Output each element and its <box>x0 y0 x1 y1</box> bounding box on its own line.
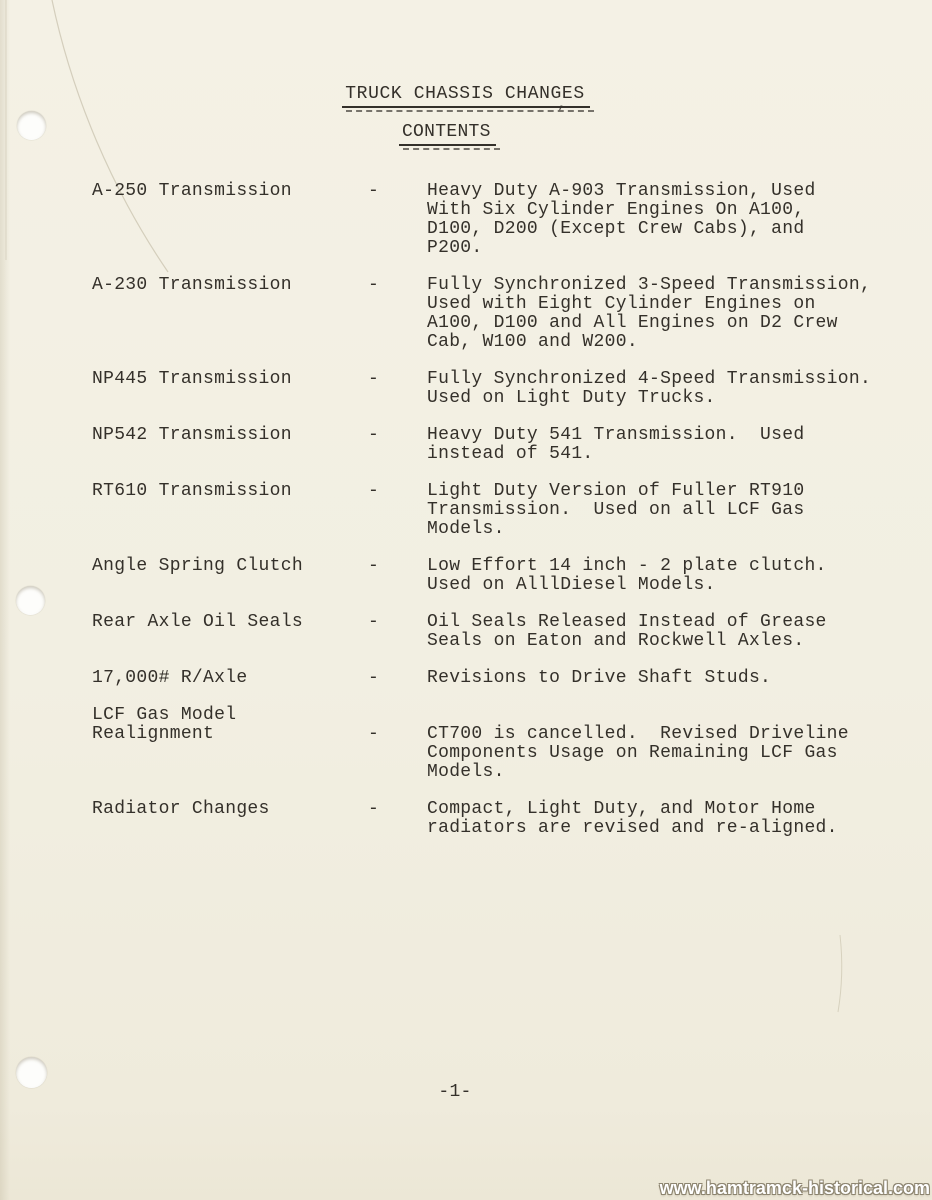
entry-description-line: A100, D100 and All Engines on D2 Crew <box>427 314 878 333</box>
entry-term: A-230 Transmission <box>92 276 368 295</box>
entry-description-line: With Six Cylinder Engines On A100, <box>427 201 878 220</box>
entry-description-line: Used on AlllDiesel Models. <box>427 576 878 595</box>
contents-entry: LCF Gas ModelRealignment-CT700 is cancel… <box>92 706 878 782</box>
entry-description: Light Duty Version of Fuller RT910Transm… <box>427 482 878 539</box>
entry-description-line: Revisions to Drive Shaft Studs. <box>427 669 878 688</box>
contents-entry: Angle Spring Clutch-Low Effort 14 inch -… <box>92 557 878 595</box>
entry-description: Revisions to Drive Shaft Studs. <box>427 669 878 688</box>
entry-term-line: Radiator Changes <box>92 800 368 819</box>
entry-description: Heavy Duty 541 Transmission. Usedinstead… <box>427 426 878 464</box>
contents-heading: CONTENTS <box>0 123 895 146</box>
entry-separator-dash: - <box>368 669 427 688</box>
entry-term-line: A-230 Transmission <box>92 276 368 295</box>
entry-term: NP445 Transmission <box>92 370 368 389</box>
entry-term: Rear Axle Oil Seals <box>92 613 368 632</box>
entry-description-line: Used with Eight Cylinder Engines on <box>427 295 878 314</box>
contents-entry: 17,000# R/Axle-Revisions to Drive Shaft … <box>92 669 878 688</box>
entry-description-line: Low Effort 14 inch - 2 plate clutch. <box>427 557 878 576</box>
entry-description-line: instead of 541. <box>427 445 878 464</box>
entry-description-line: Transmission. Used on all LCF Gas <box>427 501 878 520</box>
contents-entry: NP542 Transmission-Heavy Duty 541 Transm… <box>92 426 878 464</box>
entry-description-line: Cab, W100 and W200. <box>427 333 878 352</box>
entry-term-line: Angle Spring Clutch <box>92 557 368 576</box>
entry-description-line: Light Duty Version of Fuller RT910 <box>427 482 878 501</box>
entry-description-line: Fully Synchronized 3-Speed Transmission, <box>427 276 878 295</box>
entry-description: Fully Synchronized 3-Speed Transmission,… <box>427 276 878 352</box>
entry-term-line: LCF Gas Model <box>92 706 368 725</box>
contents-list: A-250 Transmission-Heavy Duty A-903 Tran… <box>92 182 878 838</box>
entry-separator-dash: - <box>368 557 427 576</box>
entry-description-line: D100, D200 (Except Crew Cabs), and <box>427 220 878 239</box>
entry-separator-dash: - <box>368 613 427 632</box>
entry-description: CT700 is cancelled. Revised DrivelineCom… <box>427 725 878 782</box>
punch-hole-middle <box>16 586 45 615</box>
entry-description: Low Effort 14 inch - 2 plate clutch.Used… <box>427 557 878 595</box>
entry-separator-dash: - <box>368 182 427 201</box>
entry-description-line: Compact, Light Duty, and Motor Home <box>427 800 878 819</box>
page-title-text: TRUCK CHASSIS CHANGES <box>342 85 589 108</box>
watermark: www.hamtramck-historical.com <box>660 1177 930 1199</box>
contents-entry: Radiator Changes-Compact, Light Duty, an… <box>92 800 878 838</box>
document-page: TRUCK CHASSIS CHANGES ’ CONTENTS A-250 T… <box>0 0 932 1200</box>
entry-separator-dash: - <box>368 276 427 295</box>
entry-description-line: CT700 is cancelled. Revised Driveline <box>427 725 878 744</box>
entry-description-line: P200. <box>427 239 878 258</box>
contents-entry: NP445 Transmission-Fully Synchronized 4-… <box>92 370 878 408</box>
entry-term: Radiator Changes <box>92 800 368 819</box>
entry-term-line: RT610 Transmission <box>92 482 368 501</box>
entry-description-line: Heavy Duty A-903 Transmission, Used <box>427 182 878 201</box>
entry-description-line: Oil Seals Released Instead of Grease <box>427 613 878 632</box>
contents-heading-text: CONTENTS <box>399 123 496 146</box>
entry-description-line: radiators are revised and re-aligned. <box>427 819 878 838</box>
entry-separator-dash: - <box>368 800 427 819</box>
entry-description: Oil Seals Released Instead of GreaseSeal… <box>427 613 878 651</box>
entry-term: Angle Spring Clutch <box>92 557 368 576</box>
page-title: TRUCK CHASSIS CHANGES <box>0 85 932 108</box>
entry-term: 17,000# R/Axle <box>92 669 368 688</box>
entry-separator-dash: - <box>368 370 427 389</box>
entry-description: Fully Synchronized 4-Speed Transmission.… <box>427 370 878 408</box>
entry-term: RT610 Transmission <box>92 482 368 501</box>
entry-term-line: 17,000# R/Axle <box>92 669 368 688</box>
entry-description-line: Used on Light Duty Trucks. <box>427 389 878 408</box>
contents-entry: A-250 Transmission-Heavy Duty A-903 Tran… <box>92 182 878 258</box>
entry-description-line: Models. <box>427 520 878 539</box>
entry-term: LCF Gas ModelRealignment <box>92 706 368 744</box>
entry-description: Heavy Duty A-903 Transmission, UsedWith … <box>427 182 878 258</box>
entry-description: Compact, Light Duty, and Motor Homeradia… <box>427 800 878 838</box>
entry-description-line: Fully Synchronized 4-Speed Transmission. <box>427 370 878 389</box>
entry-description-line: Components Usage on Remaining LCF Gas <box>427 744 878 763</box>
entry-term: NP542 Transmission <box>92 426 368 445</box>
entry-description-line: Seals on Eaton and Rockwell Axles. <box>427 632 878 651</box>
entry-description-line: Models. <box>427 763 878 782</box>
entry-term-line: NP542 Transmission <box>92 426 368 445</box>
entry-term-line: A-250 Transmission <box>92 182 368 201</box>
entry-separator-dash: - <box>368 426 427 445</box>
entry-separator-dash: - <box>368 482 427 501</box>
contents-entry: A-230 Transmission-Fully Synchronized 3-… <box>92 276 878 352</box>
contents-entry: RT610 Transmission-Light Duty Version of… <box>92 482 878 539</box>
entry-term-line: NP445 Transmission <box>92 370 368 389</box>
entry-separator-dash: - <box>368 725 427 744</box>
page-number: -1- <box>0 1083 910 1102</box>
entry-description-line: Heavy Duty 541 Transmission. Used <box>427 426 878 445</box>
entry-term: A-250 Transmission <box>92 182 368 201</box>
typed-stray-mark: ’ <box>556 104 566 122</box>
entry-term-line: Rear Axle Oil Seals <box>92 613 368 632</box>
contents-entry: Rear Axle Oil Seals-Oil Seals Released I… <box>92 613 878 651</box>
entry-term-line: Realignment <box>92 725 368 744</box>
